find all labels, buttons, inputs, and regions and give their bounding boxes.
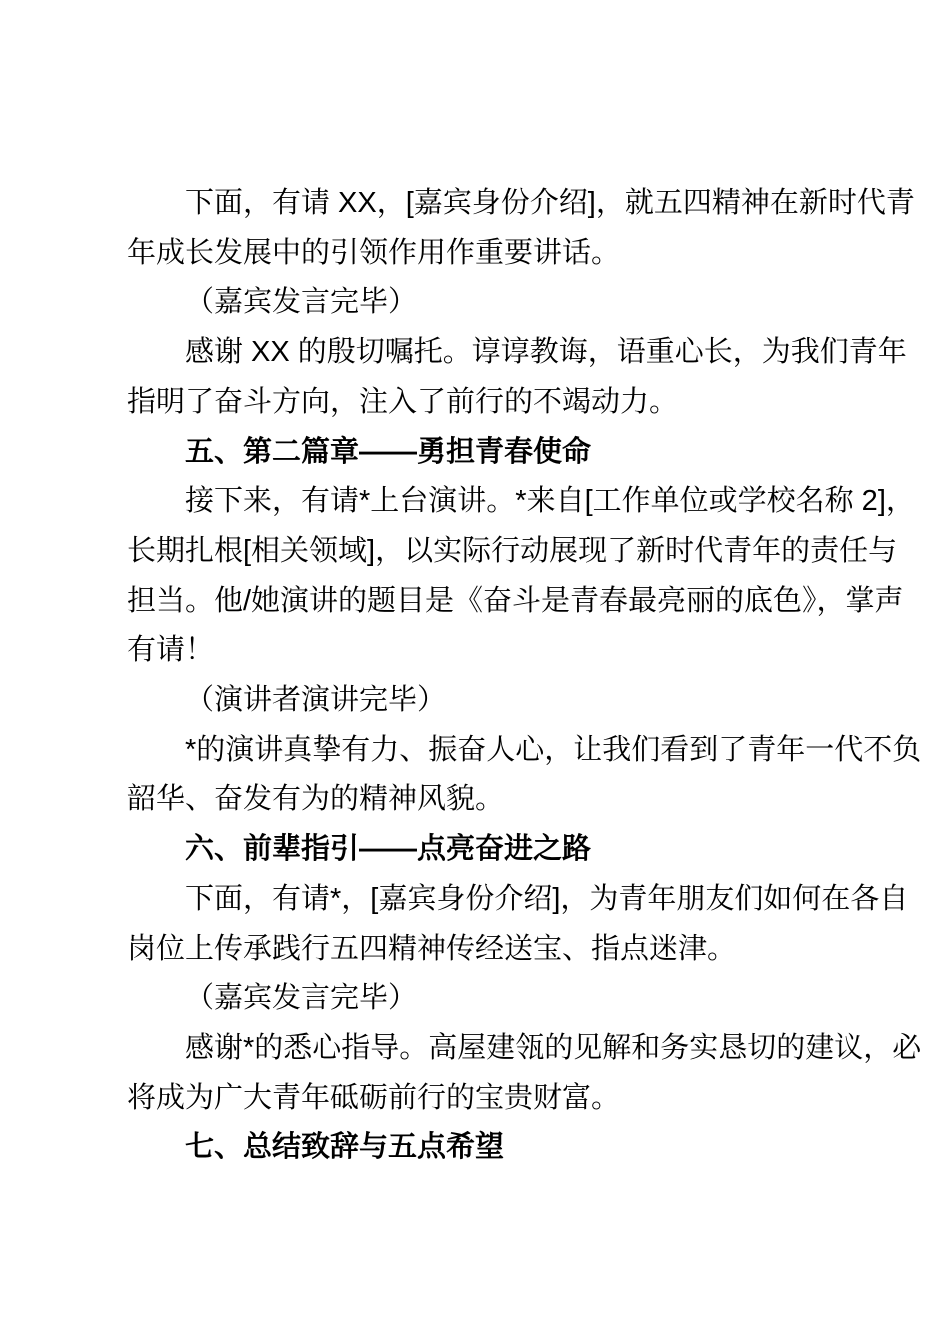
text-line: 岗位上传承践行五四精神传经送宝、指点迷津。	[127, 925, 863, 975]
text-line: （演讲者演讲完毕）	[127, 676, 863, 726]
document-body: 下面，有请 XX，[嘉宾身份介绍]，就五四精神在新时代青年成长发展中的引领作用作…	[127, 179, 863, 1173]
text-line: *的演讲真挚有力、振奋人心，让我们看到了青年一代不负	[127, 726, 863, 776]
text-line: 韶华、奋发有为的精神风貌。	[127, 775, 863, 825]
text-line: 指明了奋斗方向，注入了前行的不竭动力。	[127, 378, 863, 428]
text-line: 感谢*的悉心指导。高屋建瓴的见解和务实恳切的建议，必	[127, 1024, 863, 1074]
section-heading: 五、第二篇章——勇担青春使命	[127, 428, 863, 478]
section-heading: 七、总结致辞与五点希望	[127, 1123, 863, 1173]
text-line: 下面，有请*，[嘉宾身份介绍]，为青年朋友们如何在各自	[127, 875, 863, 925]
document-page: 下面，有请 XX，[嘉宾身份介绍]，就五四精神在新时代青年成长发展中的引领作用作…	[0, 0, 950, 1344]
text-line: 接下来，有请*上台演讲。*来自[工作单位或学校名称 2]，	[127, 477, 863, 527]
text-line: 年成长发展中的引领作用作重要讲话。	[127, 229, 863, 279]
text-line: 有请！	[127, 626, 863, 676]
text-line: 担当。他/她演讲的题目是《奋斗是青春最亮丽的底色》，掌声	[127, 577, 863, 627]
section-heading: 六、前辈指引——点亮奋进之路	[127, 825, 863, 875]
text-line: 长期扎根[相关领域]，以实际行动展现了新时代青年的责任与	[127, 527, 863, 577]
text-line: （嘉宾发言完毕）	[127, 278, 863, 328]
text-line: （嘉宾发言完毕）	[127, 974, 863, 1024]
text-line: 感谢 XX 的殷切嘱托。谆谆教诲，语重心长，为我们青年	[127, 328, 863, 378]
text-line: 将成为广大青年砥砺前行的宝贵财富。	[127, 1074, 863, 1124]
text-line: 下面，有请 XX，[嘉宾身份介绍]，就五四精神在新时代青	[127, 179, 863, 229]
